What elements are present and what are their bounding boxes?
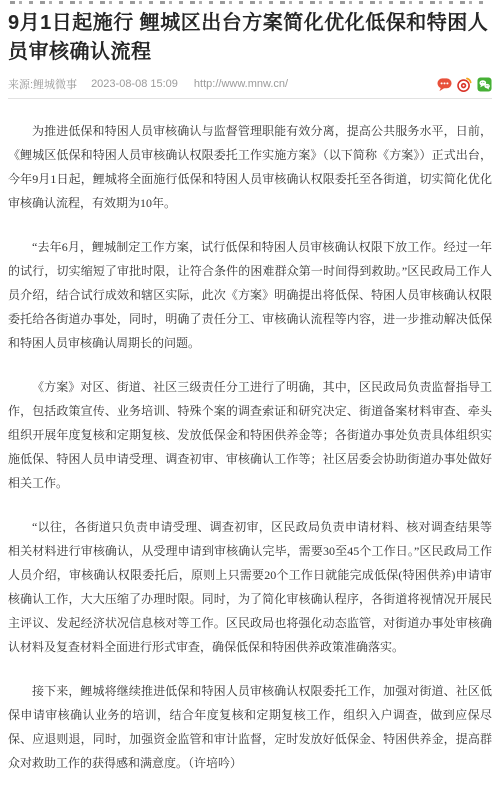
share-buttons <box>437 77 492 92</box>
cropped-text-remnant <box>10 1 490 4</box>
article-paragraph: “以往，各街道只负责申请受理、调查初审，区民政局负责申请材料、核对调查结果等相关… <box>8 515 492 659</box>
article-meta: 来源:鲤城微事 2023-08-08 15:09 http://www.mnw.… <box>8 76 492 92</box>
article-title: 9月1日起施行 鲤城区出台方案简化优化低保和特困人员审核确认流程 <box>8 9 492 67</box>
article-body: 为推进低保和特困人员审核确认与监督管理职能有效分离，提高公共服务水平，日前，《鲤… <box>0 99 500 775</box>
comment-icon[interactable] <box>437 77 452 92</box>
source-label: 来源:鲤城微事 <box>8 76 77 92</box>
article-paragraph: 接下来，鲤城将继续推进低保和特困人员审核确认权限委托工作，加强对街道、社区低保申… <box>8 679 492 775</box>
weibo-share-icon[interactable] <box>457 77 472 92</box>
article-paragraph: 为推进低保和特困人员审核确认与监督管理职能有效分离，提高公共服务水平，日前，《鲤… <box>8 119 492 215</box>
news-article-page: 9月1日起施行 鲤城区出台方案简化优化低保和特困人员审核确认流程 来源:鲤城微事… <box>0 0 500 792</box>
article-paragraph: 《方案》对区、街道、社区三级责任分工进行了明确，其中，区民政局负责监督指导工作，… <box>8 375 492 495</box>
wechat-share-icon[interactable] <box>477 77 492 92</box>
publish-date: 2023-08-08 15:09 <box>91 78 178 90</box>
source-url: http://www.mnw.cn/ <box>194 78 288 90</box>
article-paragraph: “去年6月，鲤城制定工作方案，试行低保和特困人员审核确认权限下放工作。经过一年的… <box>8 235 492 355</box>
